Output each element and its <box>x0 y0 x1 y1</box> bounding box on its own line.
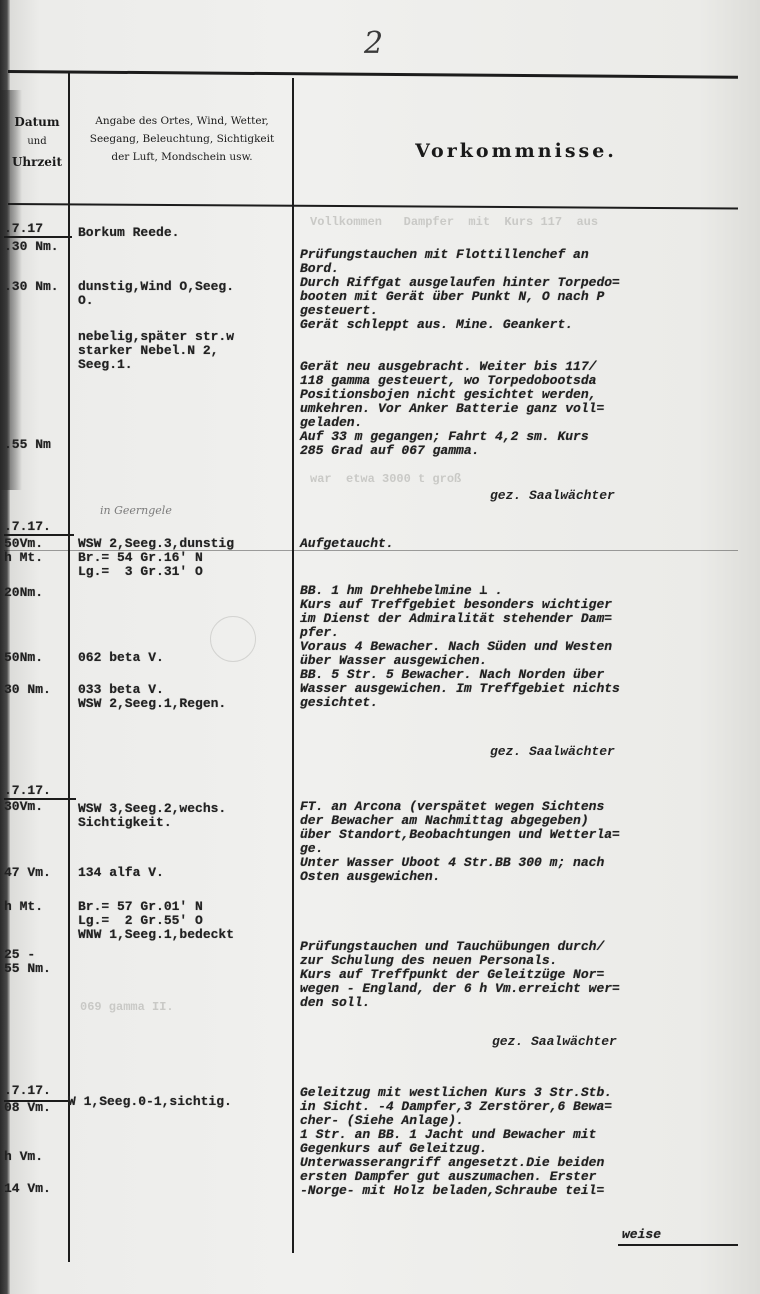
column-divider-1 <box>68 72 70 1262</box>
entry-2-time: 50Nm. <box>4 651 43 665</box>
entry-4-event-line: Unterwasserangriff angesetzt.Die beiden <box>300 1156 738 1170</box>
entry-2-event-line: BB. 1 hm Drehhebelmine ⊥ . <box>300 584 738 598</box>
top-rule <box>8 70 738 79</box>
header-vorkommnisse: Vorkommnisse. <box>294 140 738 162</box>
entry-3-event-line: FT. an Arcona (verspätet wegen Sichtens <box>300 800 738 814</box>
entry-3-time: 30Vm. <box>4 800 43 814</box>
entry-3-event-line: der Bewacher am Nachmittag abgegeben) <box>300 814 738 828</box>
entry-3-time: 25 - <box>4 948 35 962</box>
entry-3-place: WNW 1,Seeg.1,bedeckt <box>78 928 234 942</box>
entry-1-time: .30 Nm. <box>4 240 59 254</box>
entry-1-place: starker Nebel.N 2, <box>78 344 218 358</box>
entry-2-event-line: pfer. <box>300 626 738 640</box>
entry-2-event-line: BB. 5 Str. 5 Bewacher. Nach Norden über <box>300 668 738 682</box>
header-datum: Datum und Uhrzeit <box>8 112 66 172</box>
entry-1-event-line: umkehren. Vor Anker Batterie ganz voll= <box>300 402 738 416</box>
entry-2-event-line: im Dienst der Admiralität stehender Dam= <box>300 612 738 626</box>
entry-1-event-line: gesteuert. <box>300 304 738 318</box>
entry-1-event-line: geladen. <box>300 416 738 430</box>
entry-1-event-line: Positionsbojen nicht gesichtet werden, <box>300 388 738 402</box>
entry-4-event-line: -Norge- mit Holz beladen,Schraube teil= <box>300 1184 738 1198</box>
entry-2-signature: gez. Saalwächter <box>490 744 615 759</box>
entry-1-event-line: Durch Riffgat ausgelaufen hinter Torpedo… <box>300 276 738 290</box>
entry-1-time: .30 Nm. <box>4 280 59 294</box>
entry-4-event-line: 1 Str. an BB. 1 Jacht und Bewacher mit <box>300 1128 738 1142</box>
entry-4-time: 08 Vm. <box>4 1101 51 1115</box>
entry-3-place: Lg.= 2 Gr.55' O <box>78 914 203 928</box>
entry-4-event-line: ersten Dampfer gut auszumachen. Erster <box>300 1170 738 1184</box>
entry-2-place: WSW 2,Seeg.1,Regen. <box>78 697 226 711</box>
entry-1-place: Borkum Reede. <box>78 226 179 240</box>
faint-stamp <box>210 616 256 662</box>
entry-3-event-line: Kurs auf Treffpunkt der Geleitzüge Nor= <box>300 968 738 982</box>
entry-3-event-line: Unter Wasser Uboot 4 Str.BB 300 m; nach <box>300 856 738 870</box>
entry-3-place: Br.= 57 Gr.01' N <box>78 900 203 914</box>
entry-3-time: h Mt. <box>4 900 43 914</box>
entry-3-event-line: Osten ausgewichen. <box>300 870 738 884</box>
entry-1-place: nebelig,später str.w <box>78 330 234 344</box>
entry-3-event-line: über Standort,Beobachtungen und Wetterla… <box>300 828 738 842</box>
entry-4-place: W 1,Seeg.0-1,sichtig. <box>68 1095 232 1109</box>
entry-2-event-line: Wasser ausgewichen. Im Treffgebiet nicht… <box>300 682 738 696</box>
entry-1-date: .7.17 <box>4 222 43 236</box>
entry-3-event-line: den soll. <box>300 996 738 1010</box>
entry-2-time: 20Nm. <box>4 586 43 600</box>
entry-3-place: 134 alfa V. <box>78 866 164 880</box>
entry-2-event-line: Voraus 4 Bewacher. Nach Süden und Westen <box>300 640 738 654</box>
pencil-annotation: in Geerngele <box>100 504 172 517</box>
entry-3-signature: gez. Saalwächter <box>492 1034 617 1049</box>
entry-3-place: WSW 3,Seeg.2,wechs. <box>78 802 226 816</box>
entry-1-event-line: Bord. <box>300 262 738 276</box>
page-number: 2 <box>364 26 383 61</box>
entry-4-event-line: Geleitzug mit westlichen Kurs 3 Str.Stb. <box>300 1086 738 1100</box>
entry-3-date: .7.17. <box>4 784 51 798</box>
entry-2-event-line: über Wasser ausgewichen. <box>300 654 738 668</box>
entry-4-time: h Vm. <box>4 1150 43 1164</box>
bleed-through-text: Vollkommen Dampfer mit Kurs 117 aus <box>310 215 598 229</box>
entry-2-time: 30 Nm. <box>4 683 51 697</box>
header-angabe: Angabe des Ortes, Wind, Wetter, Seegang,… <box>76 112 288 166</box>
entry-3-event-line: wegen - England, der 6 h Vm.erreicht wer… <box>300 982 738 996</box>
entry-1-event-line: booten mit Gerät über Punkt N, O nach P <box>300 290 738 304</box>
entry-2-place: Lg.= 3 Gr.31' O <box>78 565 203 579</box>
entry-1-time: .55 Nm <box>4 438 51 452</box>
entry-3-place: Sichtigkeit. <box>78 816 172 830</box>
bleed-through-text: 069 gamma II. <box>80 1000 174 1014</box>
header-datum-line1: Datum <box>8 112 66 132</box>
entry-3-event-line: ge. <box>300 842 738 856</box>
entry-2-event-line: Aufgetaucht. <box>300 537 738 551</box>
entry-2-time: h Mt. <box>4 551 43 565</box>
header-datum-line2: und <box>8 132 66 152</box>
entry-2-place: 033 beta V. <box>78 683 164 697</box>
entry-1-place: O. <box>78 294 94 308</box>
entry-1-event-line: 118 gamma gesteuert, wo Torpedobootsda <box>300 374 738 388</box>
entry-1-event-line: Gerät schleppt aus. Mine. Geankert. <box>300 318 738 332</box>
entry-3-event-line: zur Schulung des neuen Personals. <box>300 954 738 968</box>
entry-1-event-line: Prüfungstauchen mit Flottillenchef an <box>300 248 738 262</box>
header-bottom-rule <box>8 203 738 209</box>
header-angabe-line3: der Luft, Mondschein usw. <box>76 148 288 166</box>
entry-1-place: Seeg.1. <box>78 358 133 372</box>
entry-1-event-line: Auf 33 m gegangen; Fahrt 4,2 sm. Kurs <box>300 430 738 444</box>
document-page: 2 Datum und Uhrzeit Angabe des Ortes, Wi… <box>0 0 760 1294</box>
continuation-underline <box>618 1244 738 1246</box>
entry-2-event-line: gesichtet. <box>300 696 738 710</box>
entry-2-event-line: Kurs auf Treffgebiet besonders wichtiger <box>300 598 738 612</box>
entry-2-date: .7.17. <box>4 520 51 534</box>
entry-1-date-underline <box>4 236 72 238</box>
entry-4-event-line: cher- (Siehe Anlage). <box>300 1114 738 1128</box>
entry-2-place: 062 beta V. <box>78 651 164 665</box>
entry-2-place: Br.= 54 Gr.16' N <box>78 551 203 565</box>
entry-4-event-line: Gegenkurs auf Geleitzug. <box>300 1142 738 1156</box>
entry-3-time: 55 Nm. <box>4 962 51 976</box>
entry-1-signature: gez. Saalwächter <box>490 488 615 503</box>
entry-2-place: WSW 2,Seeg.3,dunstig <box>78 537 234 551</box>
column-divider-2 <box>292 78 294 1253</box>
bleed-through-text: war etwa 3000 t groß <box>310 472 461 486</box>
entry-4-continuation: weise <box>622 1228 661 1242</box>
entry-1-place: dunstig,Wind O,Seeg. <box>78 280 234 294</box>
entry-4-date: .7.17. <box>4 1084 51 1098</box>
header-angabe-line2: Seegang, Beleuchtung, Sichtigkeit <box>76 130 288 148</box>
entry-2-time: 50Vm. <box>4 537 43 551</box>
entry-4-time: 14 Vm. <box>4 1182 51 1196</box>
entry-3-event-line: Prüfungstauchen und Tauchübungen durch/ <box>300 940 738 954</box>
entry-3-time: 47 Vm. <box>4 866 51 880</box>
entry-4-event-line: in Sicht. -4 Dampfer,3 Zerstörer,6 Bewa= <box>300 1100 738 1114</box>
entry-1-event-line: 285 Grad auf 067 gamma. <box>300 444 738 458</box>
header-datum-line3: Uhrzeit <box>8 152 66 172</box>
entry-1-event-line: Gerät neu ausgebracht. Weiter bis 117/ <box>300 360 738 374</box>
header-angabe-line1: Angabe des Ortes, Wind, Wetter, <box>76 112 288 130</box>
